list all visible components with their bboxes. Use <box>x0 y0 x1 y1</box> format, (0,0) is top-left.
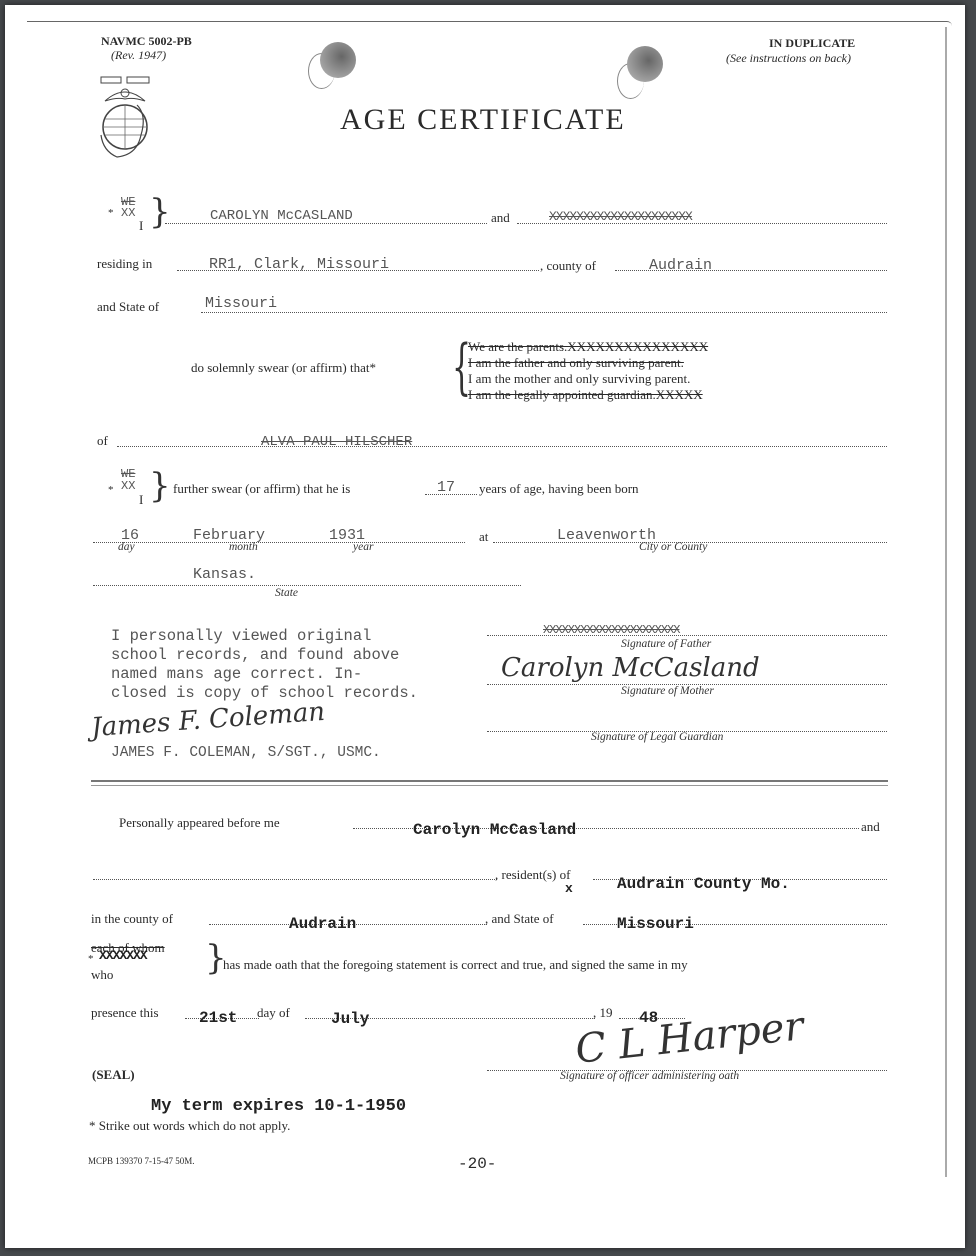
seal-label: (SEAL) <box>92 1067 135 1083</box>
residents-mark: x <box>565 881 573 896</box>
residents-label: , resident(s) of <box>495 867 570 883</box>
jurat-county-value[interactable]: Audrain <box>289 915 356 933</box>
jurat-day[interactable]: 21st <box>199 1009 237 1027</box>
guardian-signature-caption: Signature of Legal Guardian <box>591 731 723 743</box>
verification-note: I personally viewed original school reco… <box>111 627 418 703</box>
month-caption: month <box>229 541 258 553</box>
page-right-edge <box>945 27 947 1177</box>
page-number: -20- <box>458 1155 496 1173</box>
appeared-label: Personally appeared before me <box>119 815 280 831</box>
usmc-emblem-icon <box>97 75 153 165</box>
state-value[interactable]: Missouri <box>205 295 277 312</box>
at-label: at <box>479 529 488 545</box>
coleman-signer-name: JAMES F. COLEMAN, S/SGT., USMC. <box>111 745 381 761</box>
and-label: and <box>861 819 880 835</box>
father-signature-caption: Signature of Father <box>621 638 711 650</box>
birth-date-line <box>93 542 465 543</box>
oath-option-father[interactable]: I am the father and only surviving paren… <box>468 355 684 371</box>
punch-hole-right <box>627 46 663 82</box>
section-divider <box>91 780 888 782</box>
strike-out-footnote: * Strike out words which do not apply. <box>89 1118 290 1134</box>
presence-label: presence this <box>91 1005 159 1021</box>
year-prefix: , 19 <box>593 1005 613 1021</box>
and-label: and <box>491 210 510 226</box>
birth-state-line <box>93 585 521 586</box>
subject-name-line <box>117 446 887 447</box>
note-line: school records, and found above <box>111 646 418 665</box>
declarant-name-1[interactable]: CAROLYN McCASLAND <box>210 208 353 224</box>
of-label: of <box>97 433 108 449</box>
form-number: NAVMC 5002-PB <box>101 34 192 49</box>
residence-value[interactable]: RR1, Clark, Missouri <box>209 256 389 273</box>
pronoun-i: I <box>139 218 143 234</box>
footnote-asterisk: * <box>88 953 94 965</box>
jurat-state-value[interactable]: Missouri <box>617 915 694 933</box>
jurat-month[interactable]: July <box>331 1010 369 1028</box>
residents-of-value[interactable]: Audrain County Mo. <box>617 875 790 893</box>
state-line <box>201 312 887 313</box>
page-top-edge <box>27 21 952 26</box>
county-value[interactable]: Audrain <box>649 257 712 274</box>
print-code: MCPB 139370 7-15-47 50M. <box>88 1156 195 1166</box>
residing-label: residing in <box>97 256 152 272</box>
brace-right: } <box>149 469 171 503</box>
day-caption: day <box>118 541 135 553</box>
state-caption: State <box>275 587 298 599</box>
pronoun-we-struck: WE <box>121 469 135 479</box>
birth-state[interactable]: Kansas. <box>193 566 256 583</box>
city-caption: City or County <box>639 541 707 553</box>
duplicate-label: IN DUPLICATE <box>769 36 855 51</box>
declarant-name-2-struck[interactable]: XXXXXXXXXXXXXXXXXXXXX <box>549 209 692 224</box>
note-line: I personally viewed original <box>111 627 418 646</box>
document-page: NAVMC 5002-PB (Rev. 1947) IN DUPLICATE (… <box>5 5 965 1248</box>
mother-signature-caption: Signature of Mother <box>621 685 714 697</box>
page-title: AGE CERTIFICATE <box>340 103 626 137</box>
father-signature-struck[interactable]: XXXXXXXXXXXXXXXXXXXXXX <box>543 623 679 637</box>
instructions-note: (See instructions on back) <box>726 51 851 66</box>
footnote-asterisk: * <box>108 484 114 496</box>
mother-signature[interactable]: Carolyn McCasland <box>501 653 760 683</box>
note-line: named mans age correct. In- <box>111 665 418 684</box>
further-swear-label: further swear (or affirm) that he is <box>173 481 350 497</box>
oath-lead: do solemnly swear (or affirm) that* <box>191 360 376 376</box>
xxx-strike: XXXXXXX <box>99 948 147 963</box>
year-caption: year <box>353 541 373 553</box>
pronoun-xx: XX <box>121 206 135 220</box>
oath-option-parents[interactable]: We are the parents.XXXXXXXXXXXXXXX <box>468 339 708 355</box>
oath-statement: has made oath that the foregoing stateme… <box>223 957 688 973</box>
years-label: years of age, having been born <box>479 481 639 497</box>
term-expires: My term expires 10-1-1950 <box>151 1097 406 1116</box>
punch-hole-left <box>320 42 356 78</box>
form-revision: (Rev. 1947) <box>111 48 166 63</box>
oath-option-guardian[interactable]: I am the legally appointed guardian.XXXX… <box>468 387 703 403</box>
appeared-name[interactable]: Carolyn McCasland <box>413 821 576 839</box>
jurat-county-label: in the county of <box>91 911 173 927</box>
officer-signature-caption: Signature of officer administering oath <box>560 1070 739 1082</box>
age-value[interactable]: 17 <box>437 479 455 496</box>
subject-name[interactable]: ALVA PAUL HILSCHER <box>261 434 412 450</box>
day-of-label: day of <box>257 1005 290 1021</box>
pronoun-xx: XX <box>121 479 135 493</box>
section-divider <box>91 785 888 786</box>
footnote-asterisk: * <box>108 207 114 219</box>
jurat-state-label: , and State of <box>485 911 554 927</box>
oath-option-mother[interactable]: I am the mother and only surviving paren… <box>468 371 690 387</box>
state-label: and State of <box>97 299 159 315</box>
pronoun-i: I <box>139 492 143 508</box>
who-label[interactable]: who <box>91 967 113 983</box>
residents-line-1 <box>93 879 497 880</box>
coleman-signature: James F. Coleman <box>90 697 326 743</box>
county-label: , county of <box>540 258 596 274</box>
